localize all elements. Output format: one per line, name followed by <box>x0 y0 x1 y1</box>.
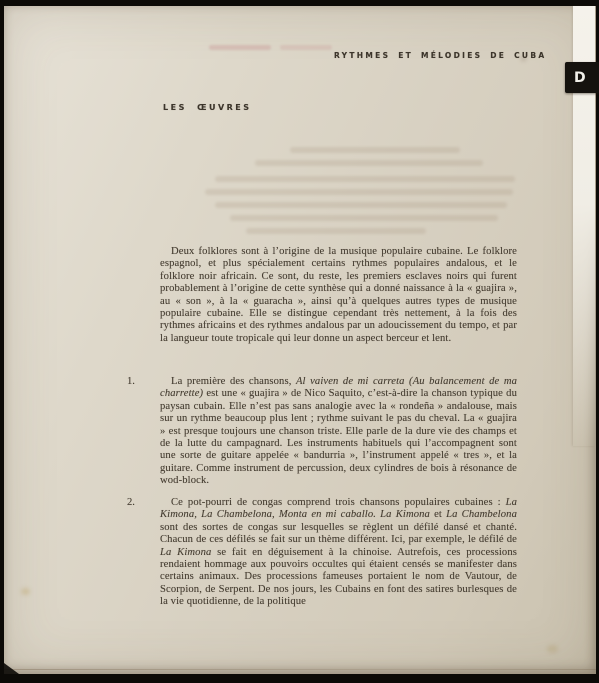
item-number-1: 1. <box>127 376 147 388</box>
bleed-through-line <box>215 176 515 182</box>
bleed-through-line <box>290 147 460 153</box>
bottom-left-corner-shadow <box>4 663 19 674</box>
running-header: RYTHMES ET MÉLODIES DE CUBA <box>334 51 546 60</box>
page-bottom-crease <box>4 669 596 670</box>
bleed-through-line <box>280 45 332 50</box>
corner-tab: D <box>565 62 599 93</box>
bleed-through-line <box>255 160 483 166</box>
bleed-through-line <box>246 228 426 234</box>
intro-paragraph: Deux folklores sont à l’origine de la mu… <box>160 246 517 345</box>
book-page-photo: RYTHMES ET MÉLODIES DE CUBA D LES ŒUVRES… <box>0 0 599 683</box>
paper-stain <box>547 645 558 653</box>
item-number-2: 2. <box>127 497 147 509</box>
bleed-through-line <box>205 189 513 195</box>
list-item-paragraph-1: La première des chansons, Al vaiven de m… <box>160 376 517 488</box>
list-item-paragraph-2: Ce pot-pourri de congas comprend trois c… <box>160 497 517 609</box>
section-heading: LES ŒUVRES <box>163 103 252 112</box>
paper-stain <box>21 588 30 595</box>
bleed-through-line <box>230 215 498 221</box>
corner-tab-letter: D <box>574 70 586 86</box>
bleed-through-line <box>215 202 507 208</box>
bleed-through-line <box>209 45 271 50</box>
